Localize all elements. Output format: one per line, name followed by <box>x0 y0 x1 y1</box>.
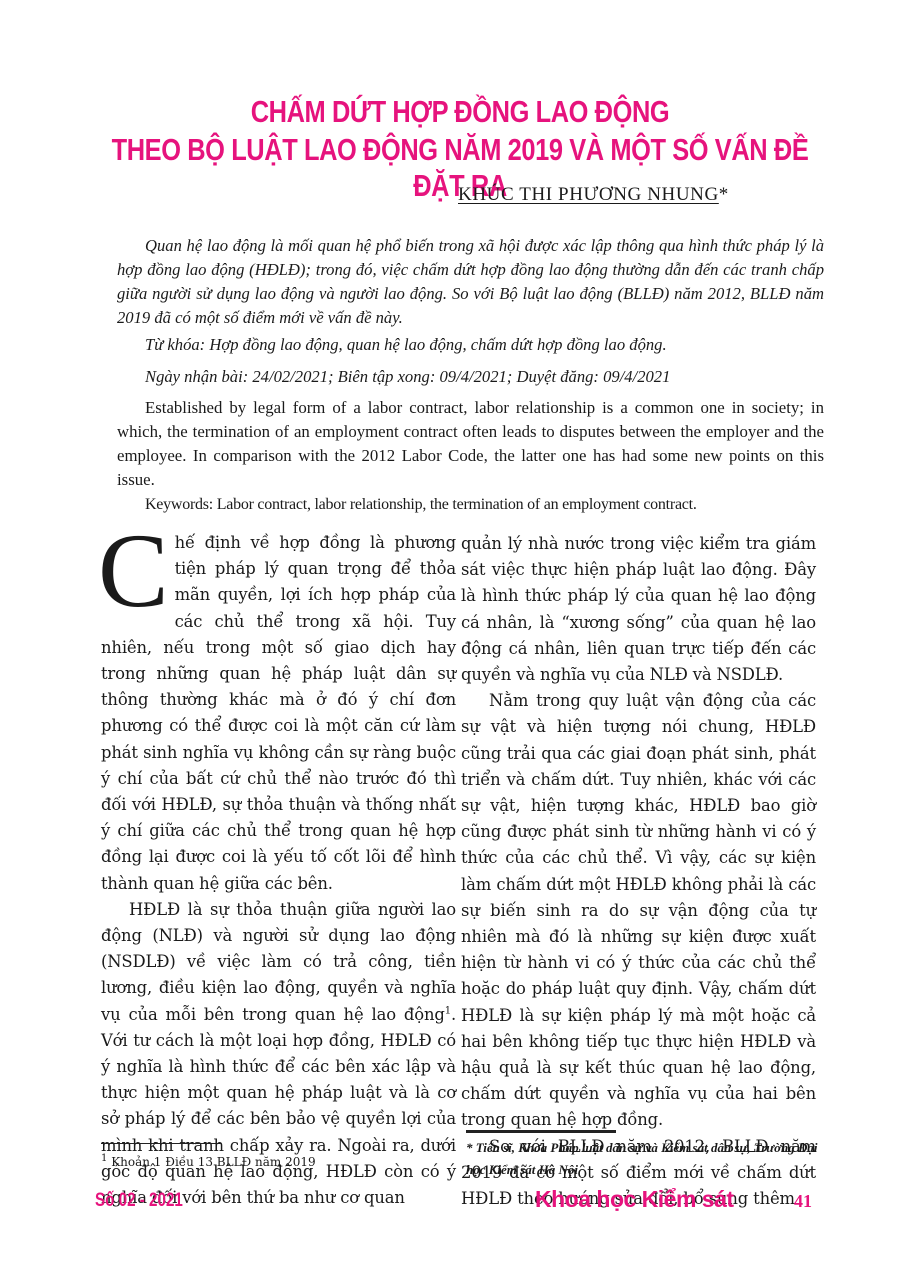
author-affiliation-note: * Tiến sĩ, Khoa Pháp luật dân sự và Kiểm… <box>466 1137 826 1181</box>
drop-cap: C <box>98 532 169 610</box>
abstract-vietnamese: Quan hệ lao động là mối quan hệ phổ biến… <box>117 234 824 330</box>
issue-number: Số 02 - 2021 <box>95 1190 183 1212</box>
body-paragraph: quản lý nhà nước trong việc kiểm tra giá… <box>461 531 816 688</box>
keywords-english: Keywords: Labor contract, labor relation… <box>117 493 824 517</box>
dates-text: Ngày nhận bài: 24/02/2021; Biên tập xong… <box>117 365 824 389</box>
author-byline: KHÚC THI PHƯƠNG NHUNG* <box>458 184 729 206</box>
abstract-en-text: Established by legal form of a labor con… <box>117 396 824 492</box>
body-column-right: quản lý nhà nước trong việc kiểm tra giá… <box>461 531 816 1212</box>
article-title-line-1: CHẤM DỨT HỢP ĐỒNG LAO ĐỘNG <box>165 94 755 130</box>
author-note-divider <box>466 1130 616 1133</box>
submission-dates: Ngày nhận bài: 24/02/2021; Biên tập xong… <box>117 365 824 389</box>
keywords-vi-text: Từ khóa: Hợp đồng lao động, quan hệ lao … <box>117 333 824 357</box>
keywords-en-text: Keywords: Labor contract, labor relation… <box>117 493 824 517</box>
abstract-english: Established by legal form of a labor con… <box>117 396 824 492</box>
body-paragraph: Nằm trong quy luật vận động của các sự v… <box>461 688 816 1133</box>
body-paragraph: Chế định về hợp đồng là phương tiện pháp… <box>101 530 456 897</box>
footnote-divider <box>101 1143 221 1144</box>
body-column-left: Chế định về hợp đồng là phương tiện pháp… <box>101 530 456 1211</box>
footnote-1: 1 Khoản 1 Điều 13 BLLĐ năm 2019 <box>101 1155 316 1169</box>
abstract-vi-text: Quan hệ lao động là mối quan hệ phổ biến… <box>117 234 824 330</box>
page-number: 41 <box>794 1191 812 1212</box>
keywords-vietnamese: Từ khóa: Hợp đồng lao động, quan hệ lao … <box>117 333 824 357</box>
author-name: KHÚC THI PHƯƠNG NHUNG <box>458 184 719 205</box>
journal-name: Khoa học Kiểm sát <box>535 1186 734 1213</box>
author-footnote-mark: * <box>719 184 729 205</box>
